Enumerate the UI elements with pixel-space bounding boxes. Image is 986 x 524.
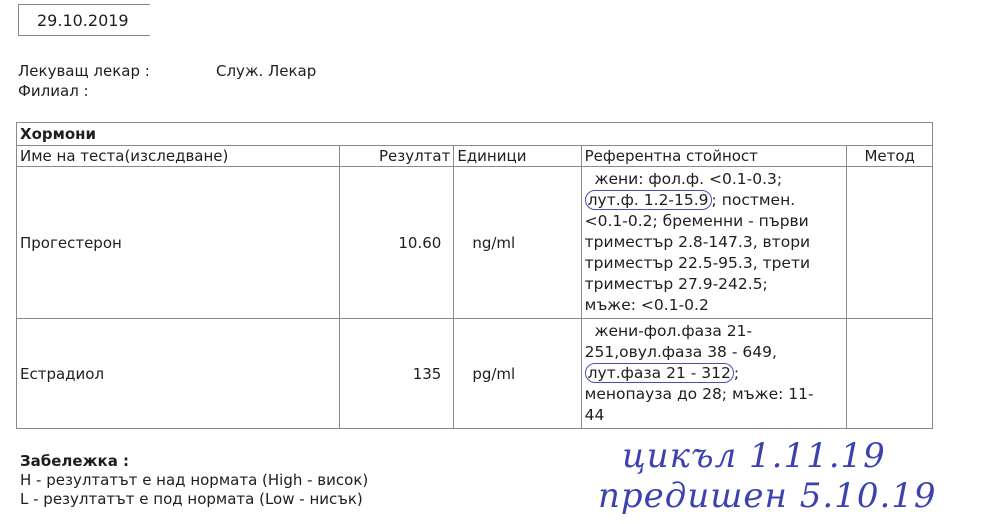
table-row: Естрадиол 135 pg/ml жени-фол.фаза 21- 25…: [17, 319, 933, 429]
note-title: Забележка :: [20, 452, 368, 471]
table-header: Име на теста(изследване) Резултат Единиц…: [17, 146, 933, 167]
doctor-label: Лекуващ лекар :: [18, 62, 150, 80]
handwritten-circle: лут.фаза 21 - 312: [585, 363, 734, 383]
branch-row: Филиал :: [18, 82, 89, 100]
test-name: Прогестерон: [17, 167, 340, 319]
test-unit: pg/ml: [454, 319, 581, 429]
report-date: 29.10.2019: [18, 4, 150, 36]
branch-label: Филиал :: [18, 82, 89, 100]
col-result: Резултат: [340, 146, 454, 167]
col-reference: Референтна стойност: [581, 146, 847, 167]
test-method: [847, 319, 933, 429]
note-line-high: H - резултатът е над нормата (High - вис…: [20, 471, 368, 490]
test-name: Естрадиол: [17, 319, 340, 429]
handwritten-previous-date: предишен 5.10.19: [598, 476, 937, 516]
section-title: Хормони: [17, 123, 933, 146]
doctor-row: Лекуващ лекар : Служ. Лекар: [18, 62, 150, 80]
test-result: 135: [340, 319, 454, 429]
note-block: Забележка : H - резултатът е над нормата…: [20, 452, 368, 509]
test-unit: ng/ml: [454, 167, 581, 319]
test-result: 10.60: [340, 167, 454, 319]
note-line-low: L - резултатът е под нормата (Low - нисъ…: [20, 490, 368, 509]
handwritten-cycle-date: цикъл 1.11.19: [622, 436, 886, 476]
doctor-value: Служ. Лекар: [216, 62, 316, 80]
table-row: Прогестерон 10.60 ng/ml жени: фол.ф. <0.…: [17, 167, 933, 319]
col-method: Метод: [847, 146, 933, 167]
results-table: Хормони Име на теста(изследване) Резулта…: [16, 122, 933, 429]
col-test-name: Име на теста(изследване): [17, 146, 340, 167]
reference-range: жени: фол.ф. <0.1-0.3; лут.ф. 1.2-15.9; …: [581, 167, 847, 319]
handwritten-circle: лут.ф. 1.2-15.9: [585, 190, 712, 210]
col-units: Единици: [454, 146, 581, 167]
test-method: [847, 167, 933, 319]
reference-range: жени-фол.фаза 21- 251,овул.фаза 38 - 649…: [581, 319, 847, 429]
